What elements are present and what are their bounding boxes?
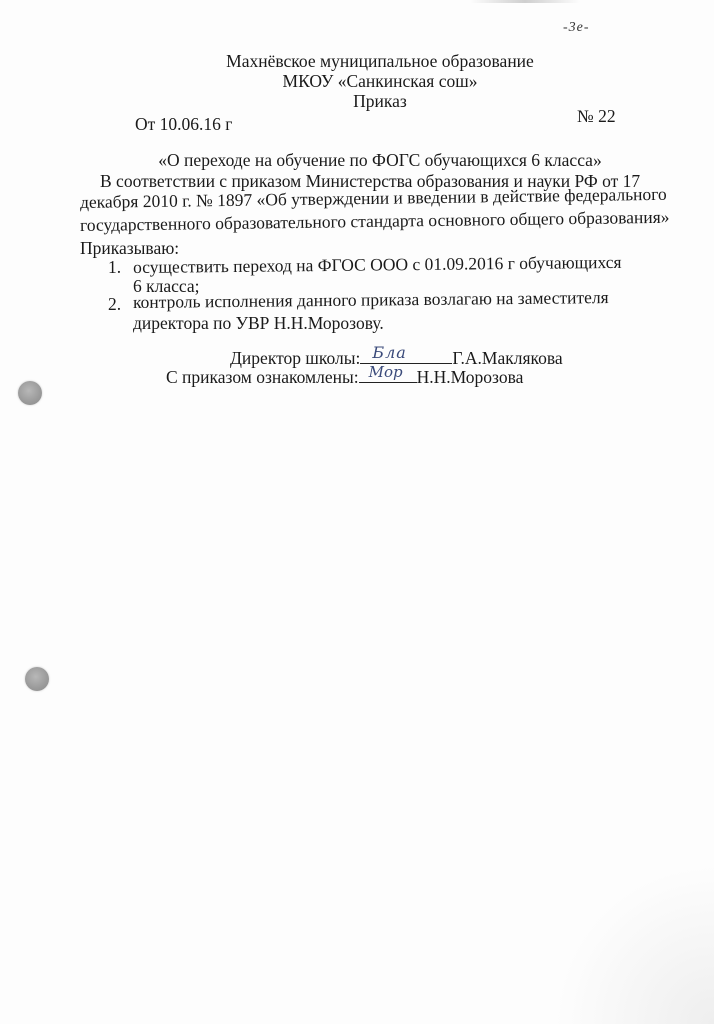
list-item-number: 1.	[108, 257, 121, 277]
punch-hole-icon	[25, 667, 49, 691]
organization-name: Махнёвское муниципальное образование	[0, 51, 714, 71]
school-name: МКОУ «Санкинская сош»	[0, 71, 714, 91]
scan-edge-mark	[470, 0, 580, 3]
punch-hole-icon	[18, 381, 42, 405]
scan-shading	[554, 864, 714, 1024]
list-item-text: директора по УВР Н.Н.Морозову.	[133, 313, 384, 333]
handwritten-signature: Бла	[372, 343, 406, 363]
signature-label: Директор школы:	[230, 348, 360, 368]
signature-label: С приказом ознакомлены:	[166, 367, 359, 387]
signature-blank: Мор	[359, 366, 417, 383]
page-number: -3e-	[563, 20, 590, 36]
scanned-document-page: -3e- Махнёвское муниципальное образовани…	[0, 0, 714, 1024]
document-date: От 10.06.16 г	[135, 114, 232, 134]
list-item-text: осуществить переход на ФГОС ООО с 01.09.…	[133, 252, 622, 277]
acknowledgement-signature-line: С приказом ознакомлены:МорН.Н.Морозова	[166, 366, 523, 387]
document-number: № 22	[577, 106, 616, 126]
list-item-number: 2.	[108, 294, 121, 314]
handwritten-signature: Мор	[369, 362, 403, 382]
document-title: «О переходе на обучение по ФОГС обучающи…	[0, 150, 714, 170]
signatory-name: Г.А.Маклякова	[452, 348, 562, 368]
order-label: Приказываю:	[80, 238, 179, 258]
list-item-text: контроль исполнения данного приказа возл…	[133, 287, 609, 312]
signatory-name: Н.Н.Морозова	[417, 367, 524, 387]
body-line: государственного образовательного станда…	[80, 207, 670, 235]
